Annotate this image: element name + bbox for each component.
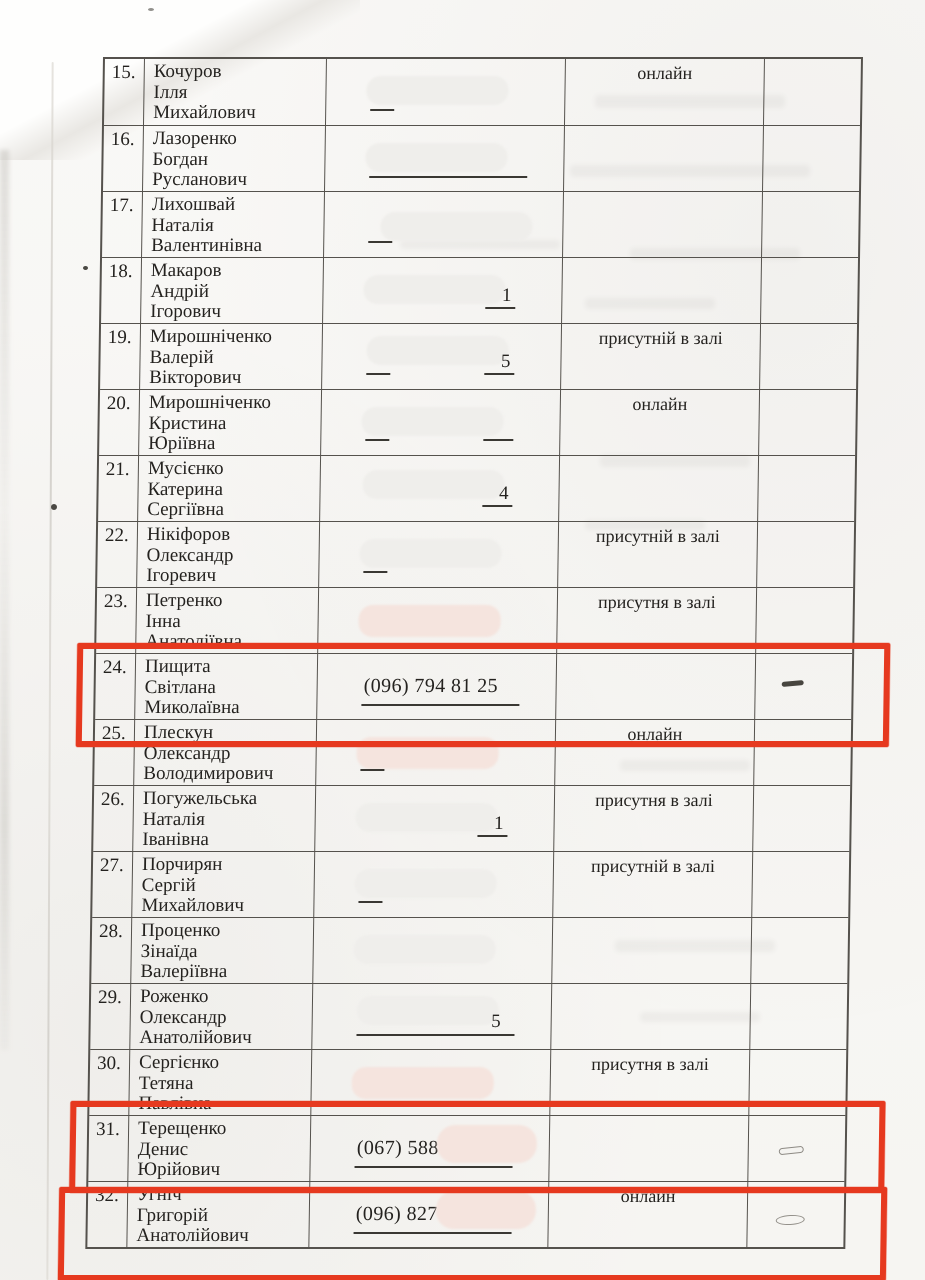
first-name: Наталія [143,810,311,831]
signature-cell [753,720,853,785]
ink-speck [148,8,154,11]
phone-underline [355,1166,513,1168]
redaction-blob [366,76,508,105]
patronymic: Володимирович [143,764,311,785]
phone-trailing-digit: 5 [501,351,511,373]
first-name: Світлана [144,678,312,699]
phone-trailing-digit: 1 [502,285,512,307]
first-name: Тетяна [139,1074,307,1095]
first-name: Зінаїда [141,942,309,963]
attendance-status: онлайн [564,59,764,125]
patronymic: Михайлович [141,896,309,917]
person-name: Терещенко Денис Юрійович [127,1116,310,1181]
row-number: 20. [99,390,139,455]
attendance-status [561,258,761,323]
person-name: Порчирян Сергій Михайлович [131,852,314,917]
table-row: 28. Проценко Зінаїда Валеріївна [91,917,848,983]
table-row: 30. Сергієнко Тетяна Павлівна присутня в… [89,1049,846,1115]
phone-underline [366,373,390,375]
signature-mark [776,1214,805,1226]
attendance-status [562,192,762,257]
attendance-status: присутній в залі [552,852,752,917]
row-number: 16. [103,126,143,191]
person-name: Пищита Світлана Миколаївна [134,654,317,719]
patronymic: Вікторович [149,368,317,389]
phone-number: (096) 827 [356,1203,438,1226]
phone-underline [356,1034,514,1036]
phone-underline [363,571,387,573]
surname: Мирошніченко [149,393,317,414]
person-name: Угніч Григорій Анатолійович [126,1182,309,1247]
row-number: 21. [98,456,138,521]
phone-trailing-digit: 1 [494,813,504,835]
row-number: 15. [104,59,144,125]
attendance-status: присутній в залі [560,324,760,389]
patronymic: Юріївна [148,434,316,455]
person-name: Кочуров Ілля Михайлович [143,59,326,125]
redaction-blob [352,1067,494,1099]
surname: Угніч [137,1185,305,1206]
person-name: Лихошвай Наталія Валентинівна [141,192,324,257]
phone-underline [477,835,507,837]
signature-cell [747,1116,847,1181]
phone-cell [318,522,558,587]
signature-cell [763,59,863,125]
phone-cell [323,192,563,257]
row-number: 22. [97,522,137,587]
person-name: Мусієнко Катерина Сергіївна [137,456,320,521]
phone-cell [324,126,564,191]
surname: Проценко [141,921,309,942]
person-name: Петренко Інна Анатоліївна [135,588,318,653]
phone-cell [317,588,557,653]
table-row: 21. Мусієнко Катерина Сергіївна 4 [98,455,855,521]
attendance-status [548,1116,748,1181]
patronymic: Михайлович [153,103,321,124]
redaction-blob [355,869,497,898]
row-number: 17. [102,192,142,257]
first-name: Валерій [149,348,317,369]
phone-trailing-digit: 4 [499,483,509,505]
attendance-status: онлайн [554,720,754,785]
redaction-blob [436,1191,537,1229]
surname: Порчирян [142,855,310,876]
row-number: 26. [93,786,133,851]
phone-cell: 1 [314,786,554,851]
person-name: Нікіфоров Олександр Ігоревич [136,522,319,587]
surname: Петренко [146,591,314,612]
signature-cell [754,654,854,719]
phone-underline [484,373,514,375]
row-number: 19. [100,324,140,389]
table-row: 15. Кочуров Ілля Михайлович онлайн [104,59,861,125]
redaction-blob [356,803,498,832]
table-row: 29. Роженко Олександр Анатолійович 5 [90,983,847,1049]
phone-cell [320,390,560,455]
phone-trailing-digit: 5 [491,1011,501,1033]
phone-cell [312,918,552,983]
phone-cell [313,852,553,917]
surname: Пищита [145,657,313,678]
first-name: Богдан [152,150,320,171]
signature-cell [750,918,850,983]
ink-speck [83,266,88,270]
patronymic: Валентинівна [151,236,319,257]
table-row: 22. Нікіфоров Олександр Ігоревич присутн… [97,521,854,587]
patronymic: Валеріївна [140,962,308,983]
surname: Мусієнко [148,459,316,480]
redaction-blob [380,212,532,241]
table-row: 26. Погужельська Наталія Іванівна 1 прис… [93,785,850,851]
signature-cell [749,984,849,1049]
table-row: 27. Порчирян Сергій Михайлович присутній… [92,851,849,917]
surname: Сергієнко [139,1053,307,1074]
phone-cell: (067) 588 [309,1116,549,1181]
table-row: 24. Пищита Світлана Миколаївна (096) 794… [95,653,852,719]
row-number: 18. [101,258,141,323]
row-number: 23. [96,588,136,653]
first-name: Ілля [153,83,321,104]
redaction-blob [356,737,498,769]
phone-underline [358,901,382,903]
redaction-blob [354,935,496,964]
attendance-status [563,126,763,191]
row-number: 32. [87,1182,127,1247]
patronymic: Анатолійович [136,1226,304,1247]
row-number: 29. [90,984,130,1049]
attendance-status: онлайн [547,1182,747,1247]
redaction-blob [366,336,508,365]
signature-cell [757,456,857,521]
signature-cell [755,588,855,653]
signature-cell [748,1050,848,1115]
first-name: Катерина [147,480,315,501]
person-name: Мирошніченко Валерій Вікторович [139,324,322,389]
person-name: Роженко Олександр Анатолійович [129,984,312,1049]
attendance-status: присутня в залі [556,588,756,653]
phone-cell: 5 [311,984,551,1049]
first-name: Сергій [142,876,310,897]
phone-underline [365,439,389,441]
redaction-blob [365,143,507,172]
table-row: 16. Лазоренко Богдан Русланович [103,125,860,191]
table-row: 18. Макаров Андрій Ігорович 1 [101,257,858,323]
phone-underline [482,505,512,507]
patronymic: Анатоліївна [145,632,313,653]
signature-mark [782,680,804,687]
attendance-status [550,984,750,1049]
person-name: Погужельська Наталія Іванівна [132,786,315,851]
surname: Лихошвай [152,195,320,216]
signature-cell [759,324,859,389]
person-name: Лазоренко Богдан Русланович [142,126,325,191]
surname: Погужельська [143,789,311,810]
phone-cell [315,720,555,785]
first-name: Олександр [140,1008,308,1029]
phone-cell: 5 [321,324,561,389]
attendance-status: присутня в залі [549,1050,749,1115]
person-name: Плескун Олександр Володимирович [133,720,316,785]
signature-cell [762,126,862,191]
table-row: 20. Мирошніченко Кристина Юріївна онлайн [99,389,856,455]
redaction-blob [357,996,499,1025]
table-row: 19. Мирошніченко Валерій Вікторович 5 пр… [100,323,857,389]
first-name: Інна [145,612,313,633]
phone-underline [360,769,384,771]
patronymic: Юрійович [137,1160,305,1181]
surname: Терещенко [138,1119,306,1140]
signature-cell [751,852,851,917]
phone-underline [483,439,513,441]
surname: Мирошніченко [150,327,318,348]
person-name: Сергієнко Тетяна Павлівна [128,1050,311,1115]
first-name: Денис [138,1140,306,1161]
signature-cell [761,192,861,257]
phone-underline [354,1232,512,1234]
surname: Плескун [144,723,312,744]
surname: Нікіфоров [147,525,315,546]
row-number: 24. [95,654,135,719]
first-name: Олександр [146,546,314,567]
phone-cell: 1 [322,258,562,323]
row-number: 30. [89,1050,129,1115]
patronymic: Сергіївна [147,500,315,521]
ink-speck [51,504,57,510]
first-name: Наталія [151,216,319,237]
surname: Роженко [140,987,308,1008]
surname: Лазоренко [153,129,321,150]
phone-number: (067) 588 [357,1137,439,1160]
row-number: 31. [88,1116,128,1181]
person-name: Мирошніченко Кристина Юріївна [138,390,321,455]
phone-cell [310,1050,550,1115]
attendance-status: присутня в залі [553,786,753,851]
attendance-status: онлайн [559,390,759,455]
phone-underline [368,241,392,243]
signature-mark [779,1146,805,1156]
patronymic: Ігорович [150,302,318,323]
signature-cell [756,522,856,587]
patronymic: Миколаївна [144,698,312,719]
attendance-status [551,918,751,983]
patronymic: Русланович [152,170,320,191]
table-row: 17. Лихошвай Наталія Валентинівна [102,191,859,257]
patronymic: Ігоревич [146,566,314,587]
scan-edge-smudge [0,150,9,1050]
surname: Макаров [151,261,319,282]
phone-number: (096) 794 81 25 [363,675,498,698]
redaction-blob [437,1125,538,1163]
table-row: 31. Терещенко Денис Юрійович (067) 588 [88,1115,845,1181]
table-row: 23. Петренко Інна Анатоліївна присутня в… [96,587,853,653]
patronymic: Іванівна [142,830,310,851]
phone-cell [325,59,565,125]
first-name: Андрій [150,282,318,303]
patronymic: Анатолійович [139,1028,307,1049]
redaction-blob [359,539,501,568]
phone-cell: 4 [319,456,559,521]
attendance-status [555,654,755,719]
signature-cell [746,1182,846,1247]
phone-cell: (096) 827 [308,1182,548,1247]
surname: Кочуров [154,62,322,83]
attendance-status [558,456,758,521]
phone-underline [361,704,519,706]
redaction-blob [362,470,504,499]
first-name: Григорій [137,1206,305,1227]
scanned-document-page: 15. Кочуров Ілля Михайлович онлайн 16. Л… [0,0,925,1280]
phone-underline [485,307,515,309]
person-name: Проценко Зінаїда Валеріївна [130,918,313,983]
first-name: Олександр [144,744,312,765]
person-name: Макаров Андрій Ігорович [140,258,323,323]
left-margin-crease [46,62,53,1280]
signature-cell [752,786,852,851]
redaction-blob [358,605,500,637]
table-row: 25. Плескун Олександр Володимирович онла… [94,719,851,785]
row-number: 27. [92,852,132,917]
attendance-status: присутній в залі [557,522,757,587]
redaction-blob [363,275,505,304]
phone-underline [369,176,527,178]
signature-cell [758,390,858,455]
phone-underline [370,109,394,111]
table-body: 15. Кочуров Ілля Михайлович онлайн 16. Л… [85,57,863,1249]
row-number: 28. [91,918,131,983]
signature-cell [760,258,860,323]
phone-cell: (096) 794 81 25 [316,654,556,719]
redaction-blob [361,407,503,436]
attendance-table: 15. Кочуров Ілля Михайлович онлайн 16. Л… [85,57,863,1249]
patronymic: Павлівна [138,1094,306,1115]
table-row: 32. Угніч Григорій Анатолійович (096) 82… [87,1181,844,1247]
first-name: Кристина [148,414,316,435]
row-number: 25. [94,720,134,785]
